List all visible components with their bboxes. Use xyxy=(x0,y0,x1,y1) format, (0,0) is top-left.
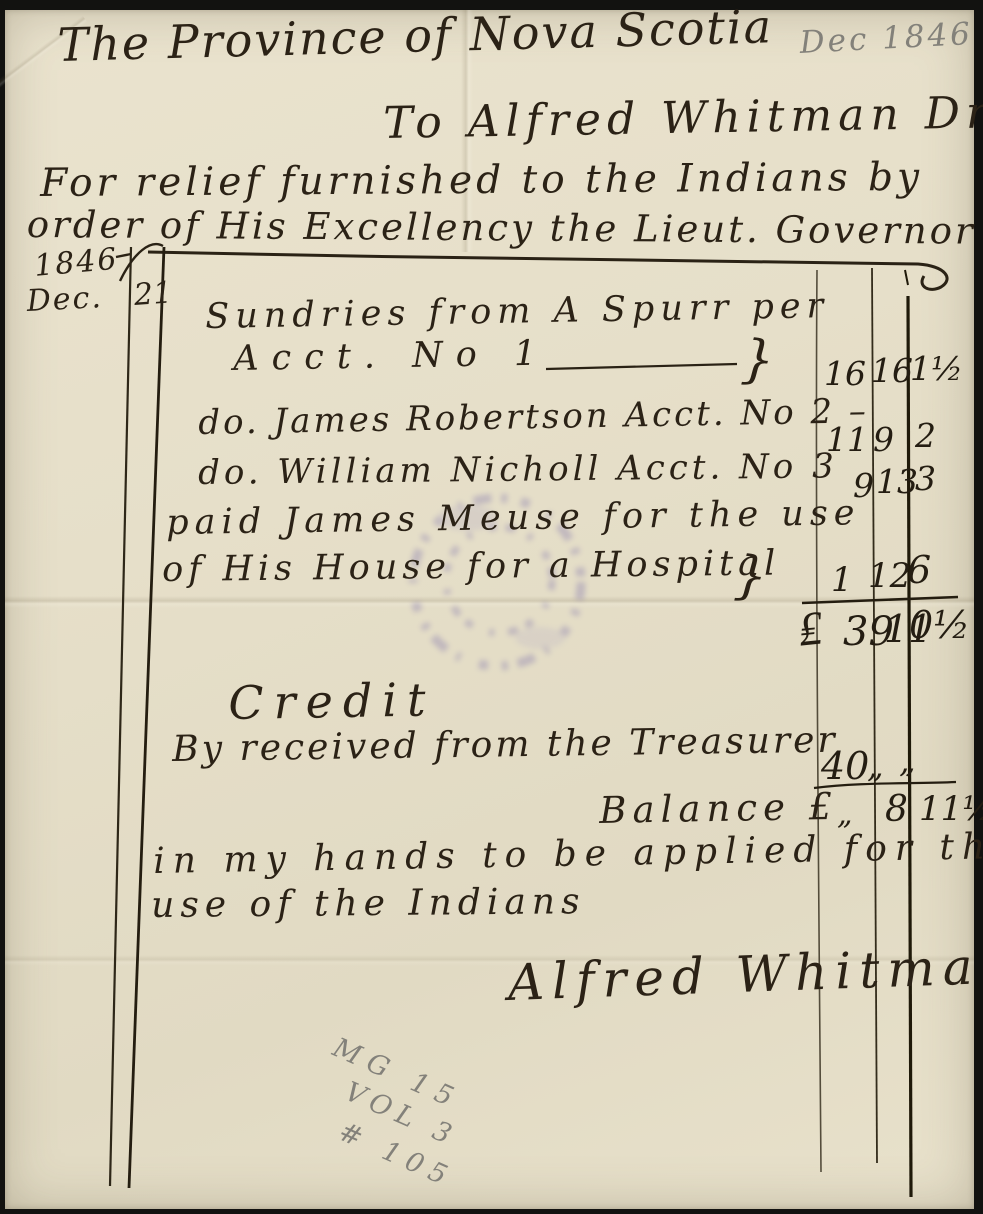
entry1-shillings: 16 xyxy=(871,354,913,387)
entry3-line1: do. William Nicholl Acct. No 3 xyxy=(198,449,838,490)
entry1-brace: } xyxy=(739,333,776,387)
entry1-pounds: 16 xyxy=(824,357,866,390)
entry4-pounds: 1 xyxy=(831,563,853,597)
total-pence: 0½ xyxy=(909,606,970,644)
credit-shillings-ditto: „ xyxy=(867,750,884,782)
credit-line: By received from the Treasurer xyxy=(172,723,838,768)
balance-label: Balance £ xyxy=(599,788,839,829)
credit-pounds: 40 xyxy=(821,747,869,785)
credit-pence-ditto: „ xyxy=(899,745,916,777)
pencil-date-note: Dec 1846 xyxy=(799,19,974,59)
entry3-pence: 3 xyxy=(915,462,936,495)
entry1-line2: Acct. No 1 xyxy=(233,336,549,377)
entry4-shillings: 12 xyxy=(868,559,911,593)
entry4-brace: } xyxy=(732,549,769,603)
margin-month: Dec. xyxy=(26,283,104,317)
entry1-pence: 1½ xyxy=(910,352,963,385)
entry2-shillings: 9 xyxy=(873,423,894,456)
entry4-line2: of His House for a Hospital xyxy=(162,547,780,588)
margin-day: 21 xyxy=(133,278,173,311)
entry4-pence: 6 xyxy=(907,551,931,589)
addressee-line: To Alfred Whitman Dr xyxy=(383,91,983,146)
entry4-line1: paid James Meuse for the use xyxy=(166,496,861,541)
margin-year: 1846 xyxy=(33,245,120,282)
scanned-document-page: Dec 1846 The Province of Nova Scotia To … xyxy=(0,0,983,1214)
closing-line-2: use of the Indians xyxy=(151,884,586,924)
subject-line-2: order of His Excellency the Lieut. Gover… xyxy=(27,206,976,250)
balance-shillings: 8 xyxy=(885,792,908,828)
balance-pence: 11½ xyxy=(919,792,983,826)
credit-heading: Credit xyxy=(228,676,436,726)
balance-pounds-ditto: „ xyxy=(837,800,853,830)
subject-line-1: For relief furnished to the Indians by xyxy=(40,158,923,203)
entry2-pence: 2 xyxy=(915,419,936,452)
entry3-shillings: 13 xyxy=(876,465,918,498)
total-currency-symbol: ₤ xyxy=(796,603,825,653)
